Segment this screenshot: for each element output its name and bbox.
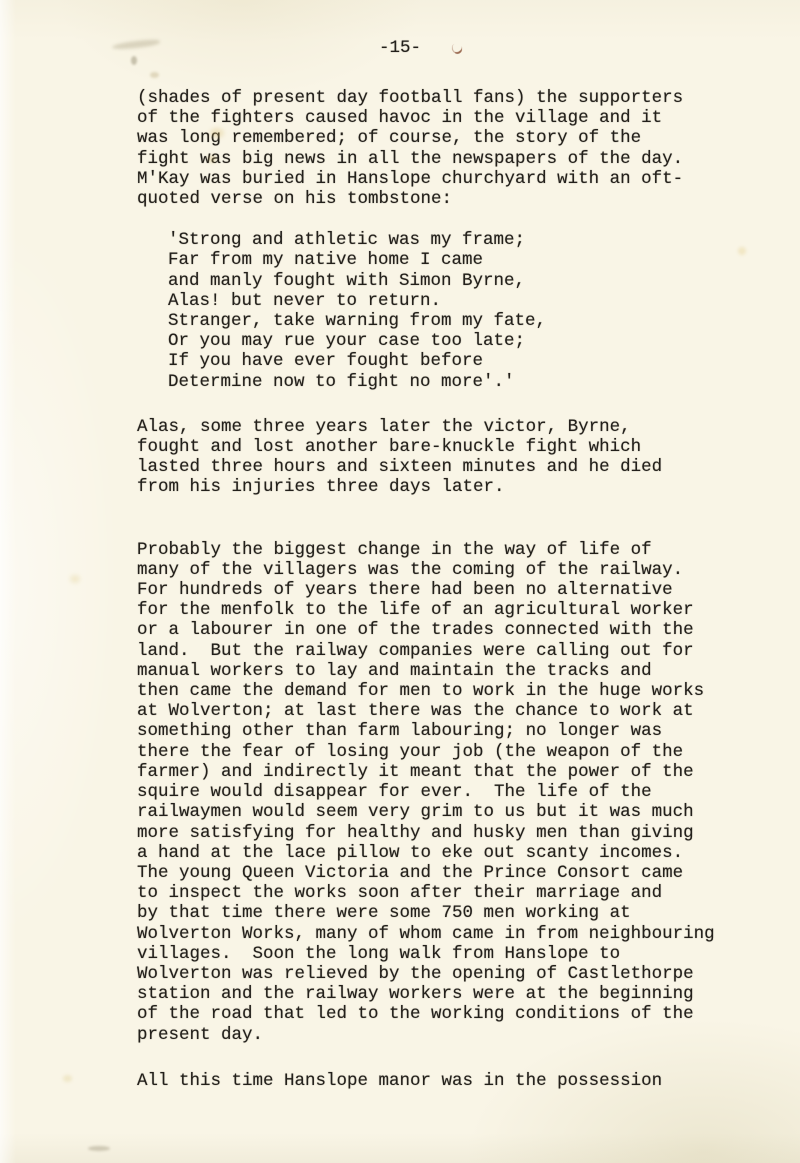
- paragraph-railway-changes: Probably the biggest change in the way o…: [137, 540, 757, 1045]
- paragraph-manor-possession: All this time Hanslope manor was in the …: [137, 1071, 757, 1091]
- ink-speck: [150, 72, 159, 78]
- paragraph-byrne-death: Alas, some three years later the victor,…: [137, 417, 757, 498]
- paper-stain: [63, 1075, 72, 1082]
- tombstone-verse: 'Strong and athletic was my frame; Far f…: [137, 230, 757, 392]
- paragraph-fight-aftermath: (shades of present day football fans) th…: [137, 88, 757, 209]
- ink-speck: [88, 1146, 110, 1151]
- paper-stain: [70, 575, 80, 583]
- page-number: -15-: [0, 38, 800, 58]
- text-block: (shades of present day football fans) th…: [137, 88, 757, 1091]
- scanned-document-page: -15- (shades of present day football fan…: [0, 0, 800, 1163]
